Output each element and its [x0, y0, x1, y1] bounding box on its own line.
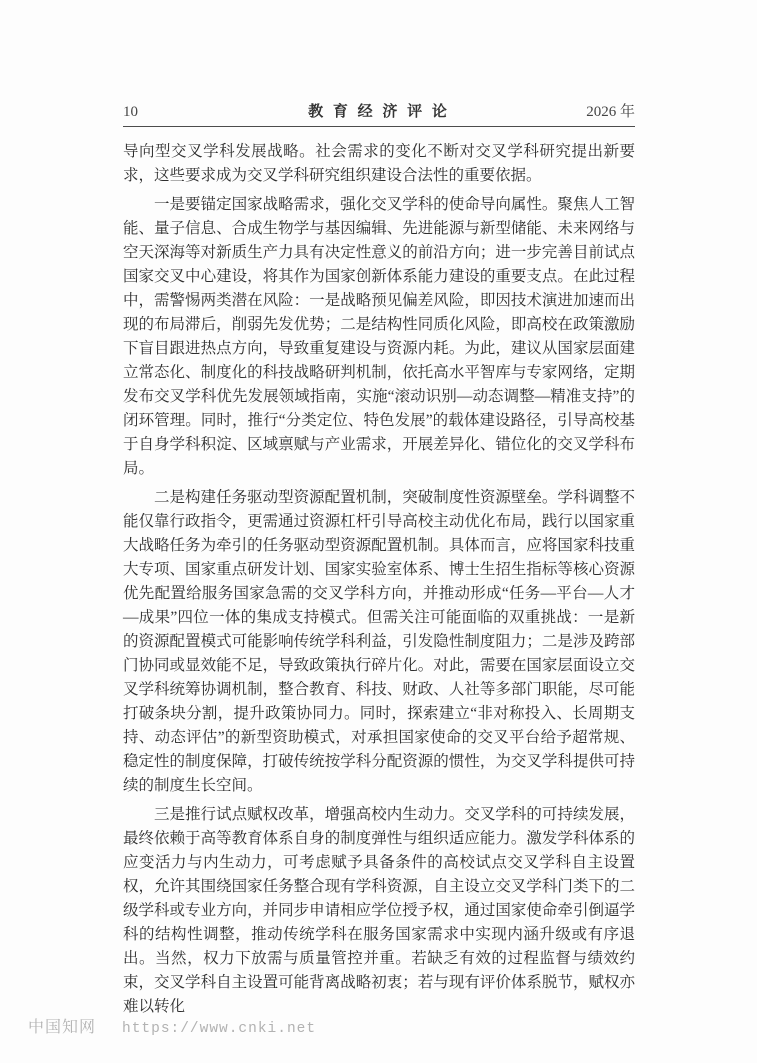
cnki-url: https://www.cnki.net [122, 1021, 316, 1037]
header-year: 2026 年 [575, 100, 635, 121]
page-number: 10 [123, 104, 183, 121]
paragraph: 二是构建任务驱动型资源配置机制，突破制度性资源壁垒。学科调整不能仅靠行政指令，更… [123, 486, 635, 798]
page-header: 10 教 育 经 济 评 论 2026 年 [123, 100, 635, 121]
journal-title: 教 育 经 济 评 论 [308, 100, 450, 121]
cnki-watermark: 中国知网 https://www.cnki.net [28, 1014, 316, 1037]
header-rule [123, 126, 635, 127]
journal-page: 10 教 育 经 济 评 论 2026 年 导向型交叉学科发展战略。社会需求的变… [0, 0, 757, 1063]
paragraph: 导向型交叉学科发展战略。社会需求的变化不断对交叉学科研究提出新要求，这些要求成为… [123, 140, 635, 188]
paragraph: 一是要锚定国家战略需求，强化交叉学科的使命导向属性。聚焦人工智能、量子信息、合成… [123, 193, 635, 481]
cnki-logo-text: 中国知网 [28, 1014, 96, 1037]
paragraph: 三是推行试点赋权改革，增强高校内生动力。交叉学科的可持续发展，最终依赖于高等教育… [123, 803, 635, 1019]
article-body: 导向型交叉学科发展战略。社会需求的变化不断对交叉学科研究提出新要求，这些要求成为… [123, 140, 635, 1019]
